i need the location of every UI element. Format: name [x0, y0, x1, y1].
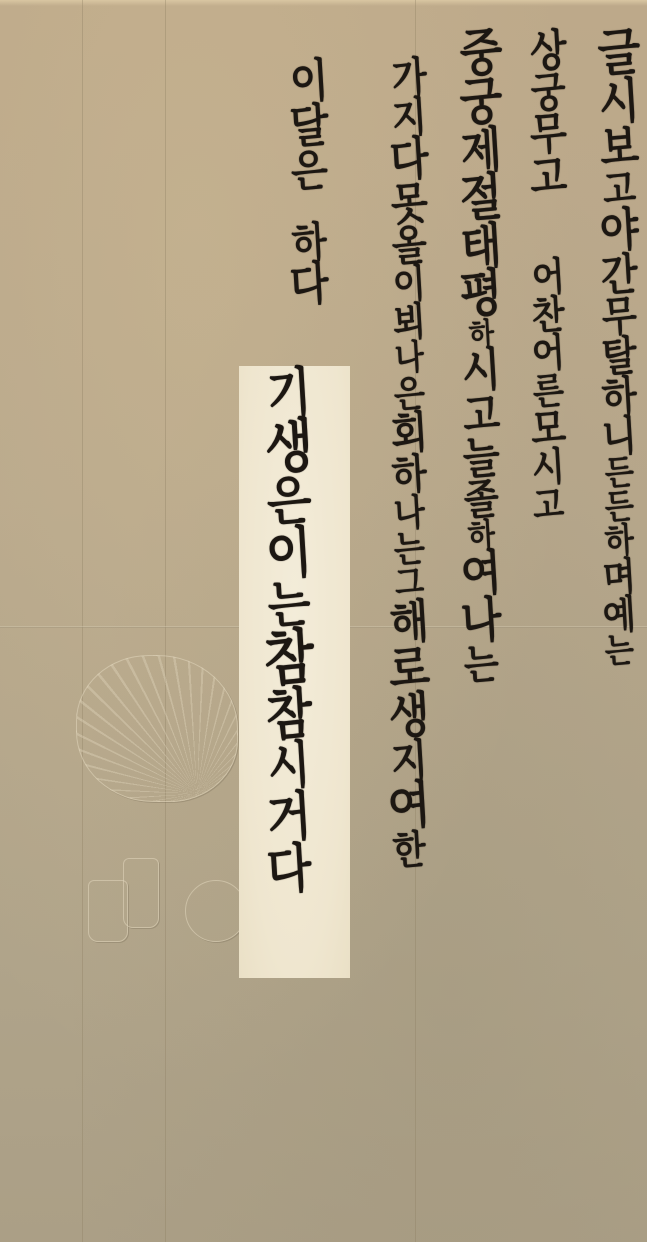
cup-emboss-icon: [123, 858, 159, 928]
paper-fold-line: [82, 0, 83, 1242]
cup-emboss-icon: [88, 880, 128, 942]
hangul-glyph: 은: [290, 148, 329, 195]
hangul-glyph: 고: [529, 154, 568, 201]
text-column-2: 상궁무고어찬어른모시고: [530, 32, 567, 525]
paper-fold-line: [165, 0, 166, 1242]
text-column-1: 글시보고야간무탈하니든든하며예는: [598, 32, 641, 671]
text-column-3: 중궁제절태평하시고늘졸하여나는: [460, 32, 503, 687]
teapot-emboss-icon: [185, 880, 247, 942]
hangul-glyph: 다: [265, 841, 313, 897]
paper-top-edge: [0, 0, 647, 6]
hangul-glyph: 한: [392, 830, 427, 872]
letter-page: 글시보고야간무탈하니든든하며예는 상궁무고어찬어른모시고 중궁제절태평하시고늘졸…: [0, 0, 647, 1242]
hangul-glyph: 고: [532, 485, 565, 524]
highlighted-text-column: 기생은이는참참시거다: [264, 370, 314, 898]
hangul-glyph: 다: [289, 261, 330, 310]
fan-emboss-icon: [76, 655, 238, 802]
text-column-5: 이달은하다: [290, 62, 329, 310]
text-column-4: 가지다못올이뵈나은회하나는그해로생지여한: [388, 60, 431, 872]
hangul-glyph: 는: [604, 634, 635, 671]
hangul-glyph: 평: [459, 268, 504, 322]
hangul-glyph: 여: [387, 780, 432, 834]
hangul-glyph: 는: [463, 643, 500, 687]
